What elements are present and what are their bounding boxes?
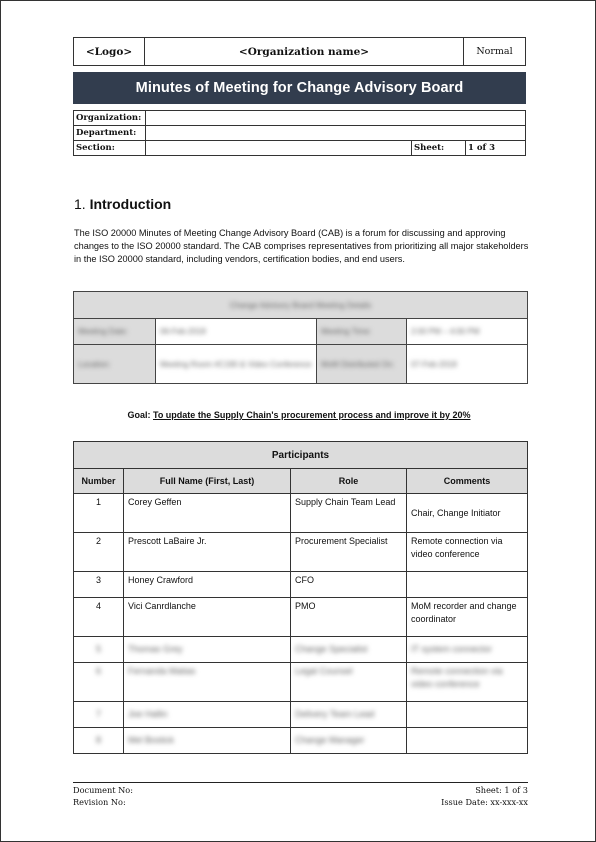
participants-title: Participants (74, 442, 528, 469)
goal-label: Goal: (127, 410, 150, 420)
document-number-label: Document No: (73, 785, 133, 797)
participant-number: 2 (74, 533, 124, 572)
mom-distributed-value: 07-Feb-2018 (407, 345, 528, 384)
meta-table: Organization: Department: Section: Sheet… (73, 110, 526, 156)
location-label: Location: (74, 345, 156, 384)
meeting-date-value: 06-Feb-2018 (156, 319, 317, 345)
participant-number: 5 (96, 644, 101, 654)
sheet-label: Sheet: (412, 141, 466, 156)
participant-name: Corey Geffen (124, 494, 291, 533)
section-number: 1. (74, 196, 86, 212)
participant-role: Change Manager (295, 735, 365, 745)
section-field[interactable] (146, 141, 412, 156)
participant-number: 6 (96, 666, 101, 676)
participant-name: Honey Crawford (124, 572, 291, 598)
footer-divider (73, 782, 528, 783)
participant-comments: IT system connector (411, 644, 492, 654)
participant-number: 4 (74, 598, 124, 637)
section-heading-introduction: 1. Introduction (74, 196, 171, 212)
participant-number: 7 (96, 709, 101, 719)
participant-comments: Chair, Change Initiator (407, 494, 528, 533)
column-header-full-name: Full Name (First, Last) (124, 469, 291, 494)
meeting-date-label: Meeting Date: (74, 319, 156, 345)
meeting-details-title: Change Advisory Board Meeting Details (74, 292, 528, 319)
participant-comments: Remote connection via video conference (407, 533, 528, 572)
participant-name: Thomas Grey (128, 644, 183, 654)
participant-role: PMO (291, 598, 407, 637)
participant-number: 8 (96, 735, 101, 745)
participant-name: Mel Bostick (128, 735, 174, 745)
participant-role: Procurement Specialist (291, 533, 407, 572)
document-title: Minutes of Meeting for Change Advisory B… (73, 72, 526, 104)
issue-date: Issue Date: xx-xxx-xx (441, 797, 528, 809)
participant-role: Supply Chain Team Lead (291, 494, 407, 533)
table-row: 3 Honey Crawford CFO (74, 572, 528, 598)
revision-number-label: Revision No: (73, 797, 126, 809)
meeting-time-value: 2:00 PM – 4:00 PM (407, 319, 528, 345)
column-header-number: Number (74, 469, 124, 494)
section-title: Introduction (90, 196, 172, 212)
location-value: Meeting Room #C190 & Video Conference (156, 345, 317, 384)
participant-name: Vici Canrdlanche (124, 598, 291, 637)
participant-number: 3 (74, 572, 124, 598)
section-label: Section: (74, 141, 146, 156)
document-header: <Logo> <Organization name> Normal (73, 37, 526, 66)
table-row: 8 Mel Bostick Change Manager (74, 728, 528, 754)
meeting-details-table: Change Advisory Board Meeting Details Me… (73, 291, 528, 384)
participant-role: Legal Counsel (295, 666, 353, 676)
organization-label: Organization: (74, 111, 146, 126)
participant-role: CFO (291, 572, 407, 598)
classification-label: Normal (464, 38, 526, 66)
table-row: 1 Corey Geffen Supply Chain Team Lead Ch… (74, 494, 528, 533)
table-row: 5 Thomas Grey Change Specialist IT syste… (74, 637, 528, 663)
meeting-time-label: Meeting Time: (317, 319, 407, 345)
sheet-value: 1 of 3 (466, 141, 526, 156)
department-field[interactable] (146, 126, 526, 141)
participant-comments (407, 572, 528, 598)
participants-table: Participants Number Full Name (First, La… (73, 441, 528, 754)
column-header-role: Role (291, 469, 407, 494)
participant-name: Prescott LaBaire Jr. (124, 533, 291, 572)
goal-text: To update the Supply Chain's procurement… (153, 410, 471, 420)
participant-comments: MoM recorder and change coordinator (407, 598, 528, 637)
participant-role: Delivery Team Lead (295, 709, 374, 719)
participant-role: Change Specialist (295, 644, 368, 654)
mom-distributed-label: MoM Distributed On: (317, 345, 407, 384)
participant-name: Joe Hallin (128, 709, 168, 719)
document-page: <Logo> <Organization name> Normal Minute… (0, 0, 596, 842)
table-row: 2 Prescott LaBaire Jr. Procurement Speci… (74, 533, 528, 572)
organization-field[interactable] (146, 111, 526, 126)
column-header-comments: Comments (407, 469, 528, 494)
participant-comments: Remote connection via video conference (411, 666, 503, 689)
meeting-goal: Goal: To update the Supply Chain's procu… (1, 410, 596, 420)
department-label: Department: (74, 126, 146, 141)
logo-placeholder: <Logo> (74, 38, 145, 66)
participant-name: Fernanda Matias (128, 666, 196, 676)
table-row: 7 Joe Hallin Delivery Team Lead (74, 702, 528, 728)
footer-sheet: Sheet: 1 of 3 (475, 785, 528, 797)
participant-number: 1 (74, 494, 124, 533)
table-row: 6 Fernanda Matias Legal Counsel Remote c… (74, 663, 528, 702)
introduction-paragraph: The ISO 20000 Minutes of Meeting Change … (74, 227, 529, 265)
table-row: 4 Vici Canrdlanche PMO MoM recorder and … (74, 598, 528, 637)
organization-name: <Organization name> (145, 38, 464, 66)
